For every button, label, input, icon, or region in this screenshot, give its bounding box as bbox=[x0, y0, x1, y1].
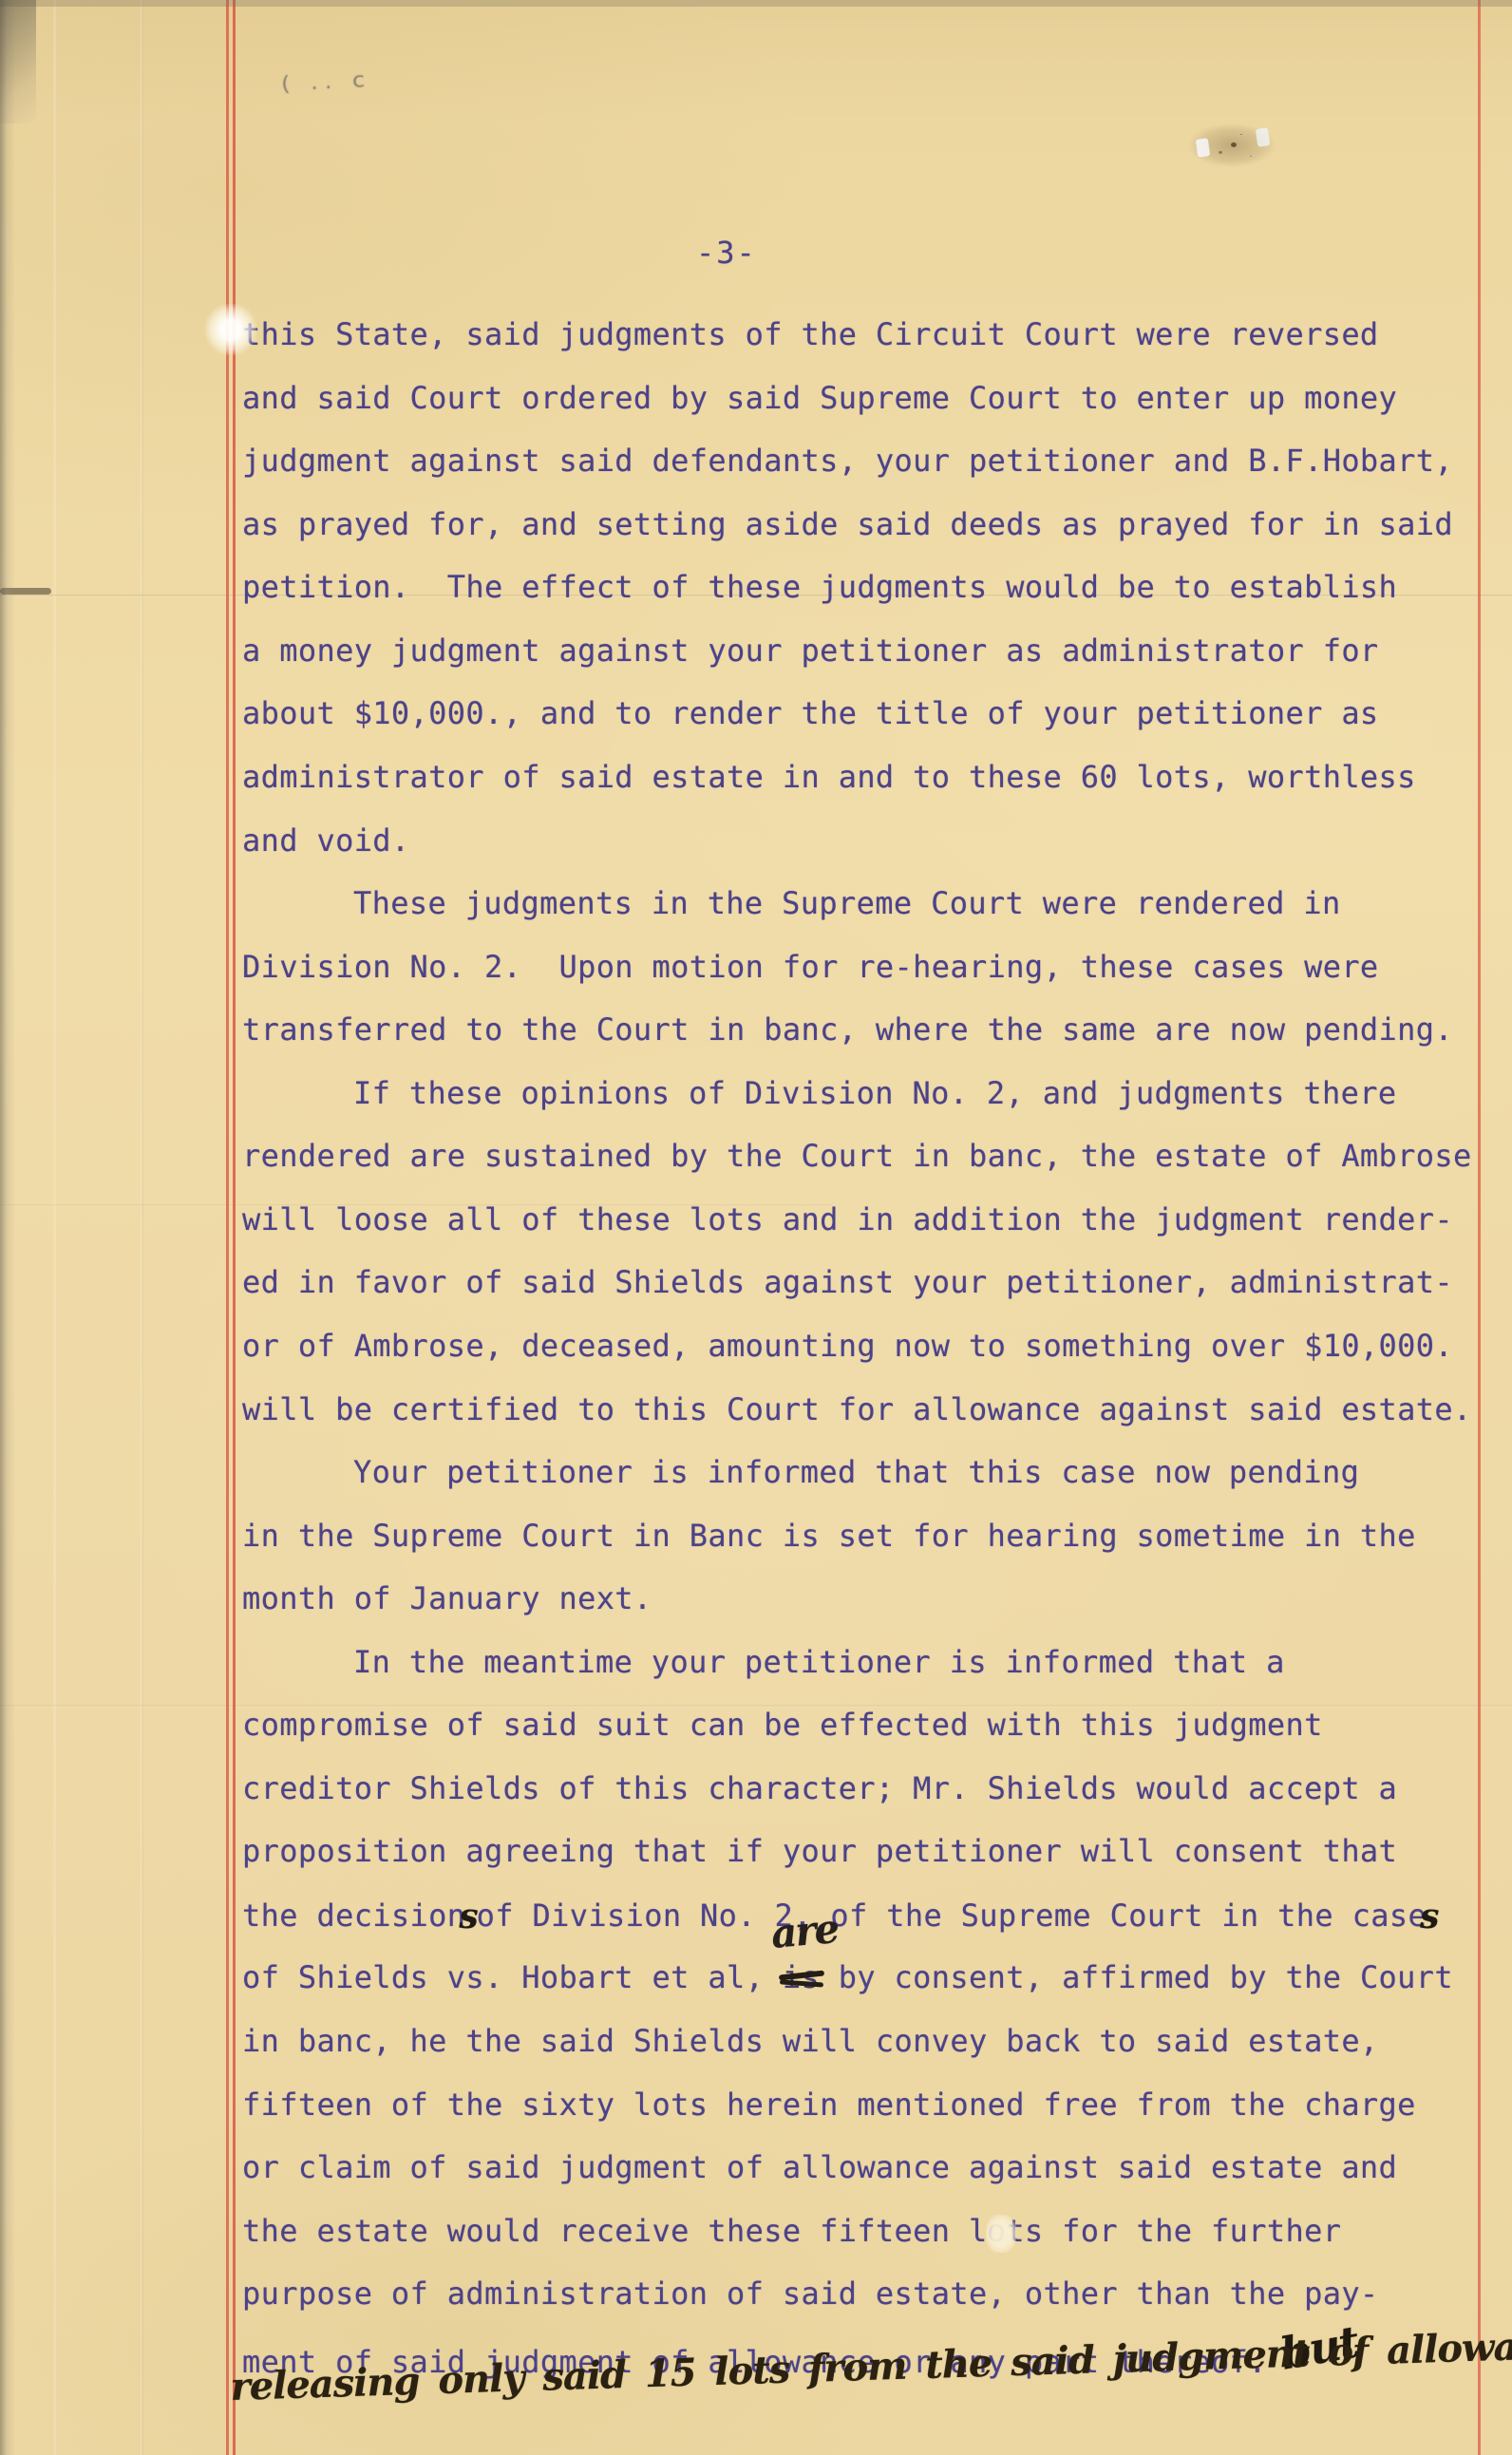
typed-line: administrator of said estate in and to t… bbox=[242, 758, 1416, 796]
text-segment: a money judgment against your petitioner… bbox=[242, 633, 1379, 669]
typed-line: and said Court ordered by said Supreme C… bbox=[242, 379, 1397, 417]
text-segment: rendered are sustained by the Court in b… bbox=[242, 1138, 1472, 1174]
scanned-document-page: ( .. c -3- this State, said judgments of… bbox=[0, 0, 1512, 2455]
text-segment: month of January next. bbox=[242, 1580, 652, 1616]
typed-line: of Shields vs. Hobart et al, isare by co… bbox=[242, 1958, 1453, 1996]
typed-line: creditor Shields of this character; Mr. … bbox=[242, 1769, 1397, 1807]
text-segment: compromise of said suit can be effected … bbox=[242, 1707, 1323, 1743]
typed-line: Your petitioner is informed that this ca… bbox=[353, 1453, 1359, 1491]
typed-line: proposition agreeing that if your petiti… bbox=[242, 1832, 1397, 1870]
typed-line: These judgments in the Supreme Court wer… bbox=[353, 884, 1341, 922]
text-segment: the decision bbox=[242, 1898, 465, 1934]
text-segment: by consent, affirmed by the Court bbox=[820, 1959, 1453, 1995]
text-segment: releasing only said 15 lots from the sai… bbox=[230, 2322, 1512, 2409]
text-segment: as prayed for, and setting aside said de… bbox=[242, 506, 1453, 542]
handwritten-insert-s: s bbox=[1420, 1898, 1439, 1936]
typed-line: in banc, he the said Shields will convey… bbox=[242, 2022, 1379, 2060]
typed-line: the decisionsof Division No. 2, of the S… bbox=[242, 1896, 1437, 1935]
text-segment: in the Supreme Court in Banc is set for … bbox=[242, 1518, 1416, 1554]
text-segment: ed in favor of said Shields against your… bbox=[242, 1264, 1453, 1300]
typed-line: ed in favor of said Shields against your… bbox=[242, 1263, 1453, 1301]
typed-line: judgment against said defendants, your p… bbox=[242, 442, 1453, 480]
text-segment: transferred to the Court in banc, where … bbox=[242, 1011, 1453, 1048]
handwritten-insert-s: s bbox=[459, 1898, 478, 1936]
text-segment: administrator of said estate in and to t… bbox=[242, 759, 1416, 795]
typed-line: a money judgment against your petitioner… bbox=[242, 632, 1379, 670]
text-segment: In the meantime your petitioner is infor… bbox=[353, 1644, 1285, 1680]
text-segment: creditor Shields of this character; Mr. … bbox=[242, 1770, 1397, 1806]
text-segment: Division No. 2. Upon motion for re-heari… bbox=[242, 949, 1379, 985]
typed-line: in the Supreme Court in Banc is set for … bbox=[242, 1517, 1416, 1555]
scan-glare-spot bbox=[205, 304, 256, 355]
text-segment: If these opinions of Division No. 2, and… bbox=[353, 1075, 1396, 1111]
text-segment: and said Court ordered by said Supreme C… bbox=[242, 380, 1397, 416]
text-segment: this State, said judgments of the Circui… bbox=[242, 316, 1379, 352]
typed-line: Division No. 2. Upon motion for re-heari… bbox=[242, 948, 1379, 986]
text-segment: will loose all of these lots and in addi… bbox=[242, 1201, 1453, 1237]
typed-line: or claim of said judgment of allowance a… bbox=[242, 2148, 1397, 2186]
text-segment: judgment against said defendants, your p… bbox=[242, 443, 1453, 479]
typed-line: In the meantime your petitioner is infor… bbox=[353, 1643, 1285, 1681]
typed-line: month of January next. bbox=[242, 1579, 652, 1617]
typed-line: about $10,000., and to render the title … bbox=[242, 694, 1379, 732]
text-segment: fifteen of the sixty lots herein mention… bbox=[242, 2087, 1416, 2123]
text-segment: petition. The effect of these judgments … bbox=[242, 569, 1397, 605]
typed-line: fifteen of the sixty lots herein mention… bbox=[242, 2086, 1416, 2124]
typed-line: transferred to the Court in banc, where … bbox=[242, 1010, 1453, 1048]
typed-line: rendered are sustained by the Court in b… bbox=[242, 1137, 1472, 1175]
text-segment: or of Ambrose, deceased, amounting now t… bbox=[242, 1328, 1453, 1364]
text-segment: of Division No. 2, of the Supreme Court … bbox=[477, 1898, 1427, 1934]
text-segment: and void. bbox=[242, 822, 410, 859]
typed-line: compromise of said suit can be effected … bbox=[242, 1706, 1323, 1744]
typed-line: the estate would receive these fifteen l… bbox=[242, 2212, 1341, 2250]
text-segment: in banc, he the said Shields will convey… bbox=[242, 2023, 1379, 2059]
typed-line: purpose of administration of said estate… bbox=[242, 2275, 1379, 2313]
paper-chip-blotch bbox=[986, 2215, 1016, 2253]
text-segment: purpose of administration of said estate… bbox=[242, 2276, 1379, 2312]
typed-line: will loose all of these lots and in addi… bbox=[242, 1200, 1453, 1238]
text-segment: or claim of said judgment of allowance a… bbox=[242, 2149, 1397, 2185]
typed-line: or of Ambrose, deceased, amounting now t… bbox=[242, 1327, 1453, 1365]
struck-word: isare bbox=[783, 1958, 820, 1996]
text-segment: of Shields vs. Hobart et al, bbox=[242, 1959, 783, 1995]
text-segment: about $10,000., and to render the title … bbox=[242, 695, 1379, 731]
typed-line: petition. The effect of these judgments … bbox=[242, 568, 1397, 606]
handwritten-correction: are bbox=[769, 1910, 839, 1954]
typed-line: this State, said judgments of the Circui… bbox=[242, 315, 1379, 353]
typed-line: and void. bbox=[242, 821, 410, 859]
text-segment: proposition agreeing that if your petiti… bbox=[242, 1833, 1397, 1869]
text-segment: Your petitioner is informed that this ca… bbox=[353, 1454, 1359, 1490]
typed-text-body: this State, said judgments of the Circui… bbox=[0, 0, 1512, 2455]
text-segment: the estate would receive these fifteen l… bbox=[242, 2213, 1341, 2249]
typed-line: will be certified to this Court for allo… bbox=[242, 1390, 1472, 1428]
typed-line: as prayed for, and setting aside said de… bbox=[242, 505, 1453, 543]
text-segment: will be certified to this Court for allo… bbox=[242, 1391, 1472, 1427]
typed-line: If these opinions of Division No. 2, and… bbox=[353, 1074, 1396, 1112]
text-segment: These judgments in the Supreme Court wer… bbox=[353, 885, 1341, 921]
